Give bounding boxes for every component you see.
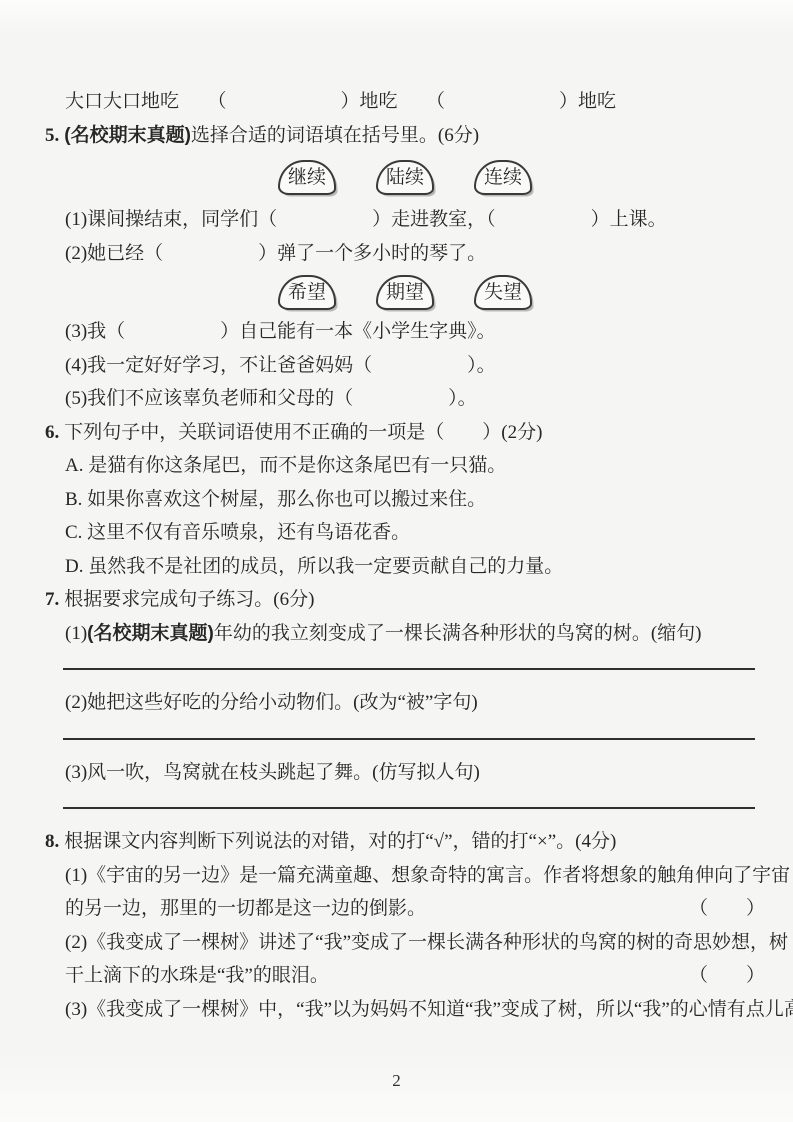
question-5-item-3: (3)我（ ）自己能有一本《小学生字典》。 <box>45 315 765 349</box>
question-6-option-b: B. 如果你喜欢这个树屋，那么你也可以搬过来住。 <box>45 483 765 517</box>
question-5-title: 选择合适的词语填在括号里。(6分) <box>191 125 479 146</box>
word-choice-group-2: 希望 期望 失望 <box>45 270 765 315</box>
question-5-item-5: (5)我们不应该辜负老师和父母的（ ）。 <box>45 382 765 416</box>
question-7-item-1-source-tag: (名校期末真题) <box>87 623 214 644</box>
item-text: 她把这些好吃的分给小动物们。(改为“被”字句) <box>87 692 478 713</box>
question-5-number: 5. <box>45 125 59 146</box>
item-text: 干上滴下的水珠是“我”的眼泪。 <box>65 959 329 993</box>
question-6-title: 下列句子中，关联词语使用不正确的一项是（ ）(2分) <box>64 422 542 443</box>
question-6-option-a: A. 是猫有你这条尾巴，而不是你这条尾巴有一只猫。 <box>45 449 765 483</box>
question-8: 8.根据课文内容判断下列说法的对错，对的打“√”，错的打“×”。(4分) (1)… <box>45 825 765 1026</box>
question-5-item-4: (4)我一定好好学习，不让爸爸妈妈（ ）。 <box>45 349 765 383</box>
item-prefix: (2) <box>65 692 87 713</box>
word-bubble: 连续 <box>474 160 532 195</box>
item-text: 的另一边，那里的一切都是这一边的倒影。 <box>65 892 426 926</box>
word-choice-group-1: 继续 陆续 连续 <box>45 152 765 203</box>
question-8-item-2: (2)《我变成了一棵树》讲述了“我”变成了一棵长满各种形状的鸟窝的树的奇思妙想，… <box>45 926 765 993</box>
item-text-line-with-answer: 干上滴下的水珠是“我”的眼泪。 （ ） <box>45 959 765 993</box>
question-8-header: 8.根据课文内容判断下列说法的对错，对的打“√”，错的打“×”。(4分) <box>45 825 765 859</box>
question-7-number: 7. <box>45 589 59 610</box>
answer-write-line <box>63 668 755 670</box>
item-text-line: (3)《我变成了一棵树》中，“我”以为妈妈不知道“我”变成了树，所以“我”的心情… <box>45 993 765 1027</box>
true-false-answer-paren: （ ） <box>689 959 765 993</box>
question-8-title: 根据课文内容判断下列说法的对错，对的打“√”，错的打“×”。(4分) <box>64 831 616 852</box>
fill-blank-line: 大口大口地吃 （ ）地吃 （ ）地吃 <box>45 85 765 119</box>
answer-write-line <box>63 738 755 740</box>
question-6-option-c: C. 这里不仅有音乐喷泉，还有鸟语花香。 <box>45 516 765 550</box>
question-7-item-3: (3)风一吹，鸟窝就在枝头跳起了舞。(仿写拟人句) <box>45 756 765 790</box>
true-false-answer-paren: （ ） <box>689 892 765 926</box>
answer-write-line <box>63 807 755 809</box>
word-bubble: 陆续 <box>376 160 434 195</box>
question-5-item-1: (1)课间操结束，同学们（ ）走进教室，（ ）上课。 <box>45 203 765 237</box>
question-7-item-1: (1)(名校期末真题)年幼的我立刻变成了一棵长满各种形状的鸟窝的树。(缩句) <box>45 617 765 651</box>
question-8-number: 8. <box>45 831 59 852</box>
page-number: 2 <box>0 1064 793 1098</box>
word-bubble: 期望 <box>376 275 434 310</box>
item-text: 年幼的我立刻变成了一棵长满各种形状的鸟窝的树。(缩句) <box>214 623 702 644</box>
worksheet-content: 大口大口地吃 （ ）地吃 （ ）地吃 5.(名校期末真题)选择合适的词语填在括号… <box>0 0 793 1026</box>
word-bubble: 继续 <box>278 160 336 195</box>
question-5-source-tag: (名校期末真题) <box>64 125 191 146</box>
item-prefix: (3) <box>65 762 87 783</box>
question-7-title: 根据要求完成句子练习。(6分) <box>64 589 314 610</box>
question-7-header: 7.根据要求完成句子练习。(6分) <box>45 583 765 617</box>
item-text: 风一吹，鸟窝就在枝头跳起了舞。(仿写拟人句) <box>87 762 480 783</box>
question-8-item-1: (1)《宇宙的另一边》是一篇充满童趣、想象奇特的寓言。作者将想象的触角伸向了宇宙… <box>45 859 765 926</box>
word-bubble: 失望 <box>474 275 532 310</box>
item-text-line: (1)《宇宙的另一边》是一篇充满童趣、想象奇特的寓言。作者将想象的触角伸向了宇宙 <box>45 859 765 893</box>
worksheet-page: 大口大口地吃 （ ）地吃 （ ）地吃 5.(名校期末真题)选择合适的词语填在括号… <box>0 0 793 1122</box>
question-6-option-d: D. 虽然我不是社团的成员，所以我一定要贡献自己的力量。 <box>45 550 765 584</box>
item-prefix: (1) <box>65 623 87 644</box>
word-bubble: 希望 <box>278 275 336 310</box>
question-7-item-2: (2)她把这些好吃的分给小动物们。(改为“被”字句) <box>45 686 765 720</box>
question-5-header: 5.(名校期末真题)选择合适的词语填在括号里。(6分) <box>45 119 765 153</box>
question-8-item-3: (3)《我变成了一棵树》中，“我”以为妈妈不知道“我”变成了树，所以“我”的心情… <box>45 993 765 1027</box>
question-5-item-2: (2)她已经（ ）弹了一个多小时的琴了。 <box>45 237 765 271</box>
question-6-header: 6.下列句子中，关联词语使用不正确的一项是（ ）(2分) <box>45 416 765 450</box>
question-6-number: 6. <box>45 422 59 443</box>
item-text-line: (2)《我变成了一棵树》讲述了“我”变成了一棵长满各种形状的鸟窝的树的奇思妙想，… <box>45 926 765 960</box>
item-text-line-with-answer: 的另一边，那里的一切都是这一边的倒影。 （ ） <box>45 892 765 926</box>
